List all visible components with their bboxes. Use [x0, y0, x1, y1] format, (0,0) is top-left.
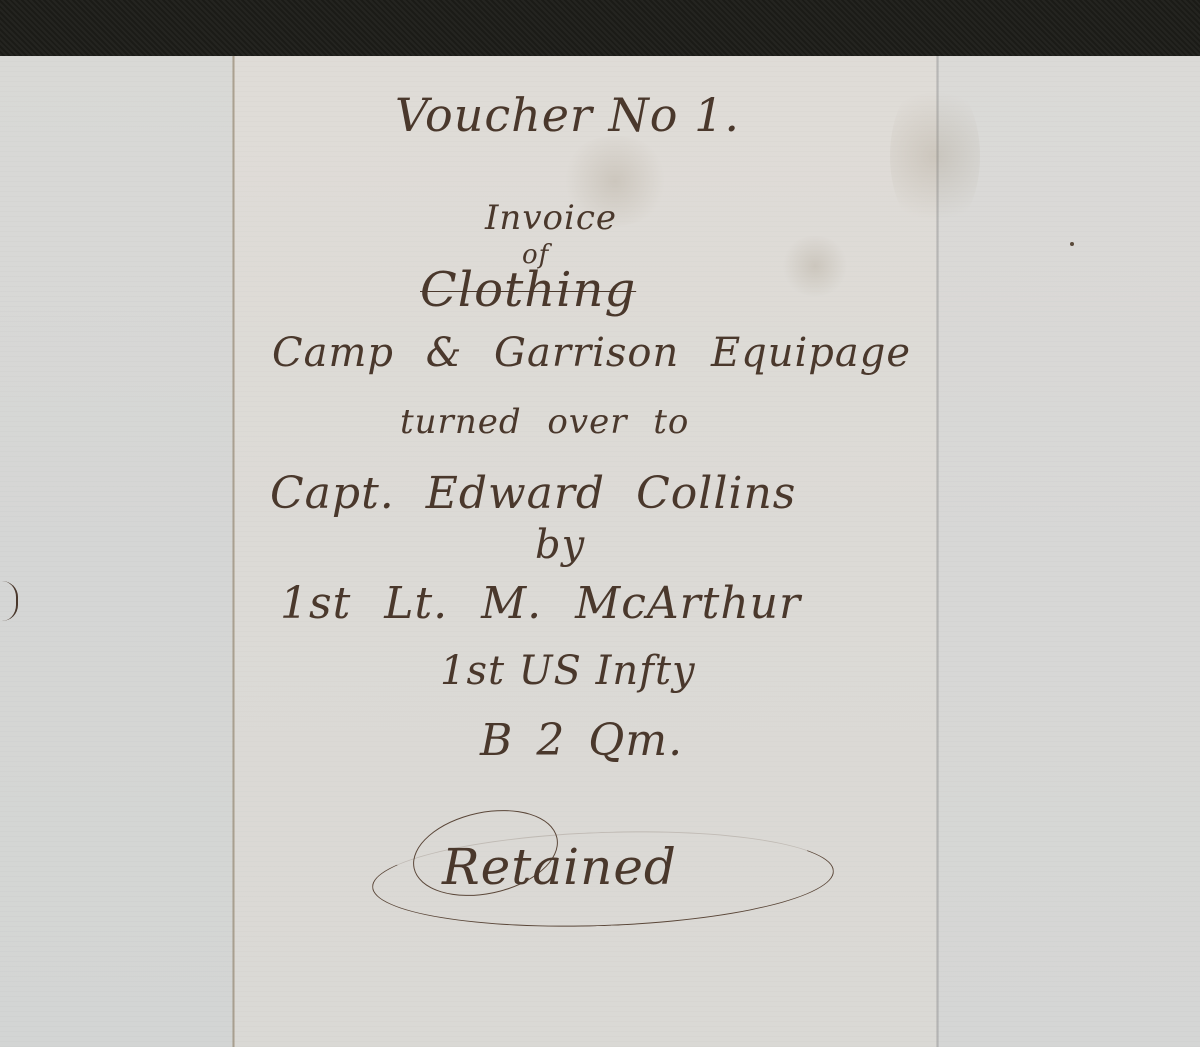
clothing-heading: Clothing: [420, 262, 636, 318]
dark-fabric-backdrop: [0, 0, 1200, 57]
left-fold-crease: [232, 56, 235, 1047]
invoice-heading: Invoice: [485, 198, 617, 238]
by-word: by: [535, 522, 585, 568]
recipient-name: Capt. Edward Collins: [270, 468, 796, 519]
ink-speck: [1070, 242, 1074, 246]
officer-name: 1st Lt. M. McArthur: [280, 578, 801, 629]
turned-over-line: turned over to: [400, 402, 689, 442]
age-stain: [890, 76, 980, 236]
left-folded-panel: [0, 56, 234, 1047]
detail-line: B 2 Qm.: [480, 715, 683, 766]
retained-text: Retained: [442, 838, 677, 896]
voucher-title: Voucher No 1.: [395, 88, 740, 142]
camp-garrison-line: Camp & Garrison Equipage: [272, 330, 911, 376]
regiment-line: 1st US Infty: [440, 648, 696, 694]
right-folded-panel: [937, 56, 1200, 1047]
age-stain: [780, 236, 850, 296]
retained-endorsement: Retained: [372, 812, 842, 942]
